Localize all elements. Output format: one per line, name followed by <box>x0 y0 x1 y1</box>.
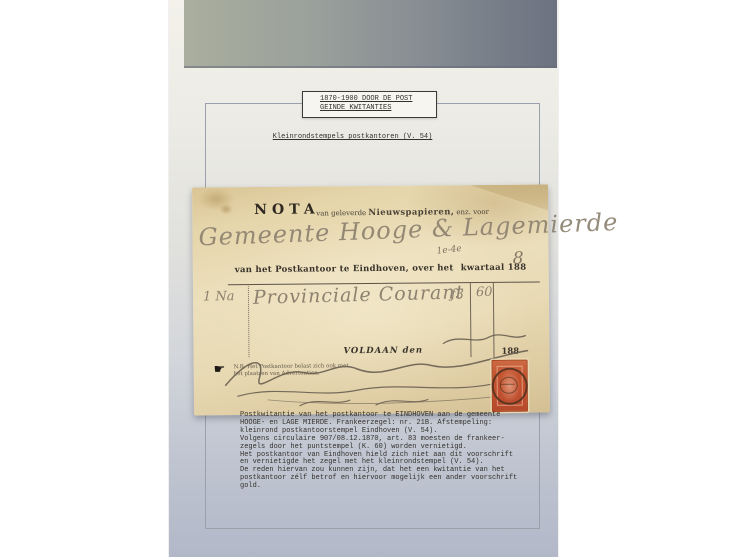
caption-line: gold. <box>240 483 530 491</box>
handwritten-item-number: 1 Na <box>203 289 235 304</box>
handwritten-amount-guilders: ƒ3 <box>451 287 464 302</box>
postage-stamp <box>492 360 528 412</box>
exhibit-title-line2: GEINDE KWITANTIES <box>320 104 436 113</box>
exhibit-subtitle: Kleinrondstempels postkantoren (V. 54) <box>265 133 440 141</box>
postmark-circle-icon <box>492 368 528 405</box>
handwritten-year-digit: 8 <box>513 249 524 269</box>
description-caption: Postkwitantie van het postkantoor te EIN… <box>240 412 530 491</box>
postmark-date-bar <box>501 384 515 385</box>
handwritten-amount-cents: 60 <box>476 285 493 300</box>
nota-heading: NOTA <box>254 201 320 218</box>
handwritten-quarter: 1e-4e <box>436 244 462 257</box>
printed-office-line: van het Postkantoor te Eindhoven, over h… <box>235 263 454 275</box>
caption-line: postkantoor zélf betrof en hiervoor moge… <box>240 475 530 483</box>
table-surface <box>184 0 557 68</box>
exhibit-title-box: 1870-1900 DOOR DE POST GEINDE KWITANTIES <box>302 91 437 118</box>
nota-document: NOTA van geleverde Nieuwspapieren, enz. … <box>192 184 550 415</box>
postmark-inner-circle <box>500 377 518 394</box>
exhibit-title-line1: 1870-1900 DOOR DE POST <box>320 95 436 104</box>
exhibit-photo: 1870-1900 DOOR DE POST GEINDE KWITANTIES… <box>169 0 558 557</box>
handwritten-item-description: Provinciale Courant <box>253 281 465 309</box>
